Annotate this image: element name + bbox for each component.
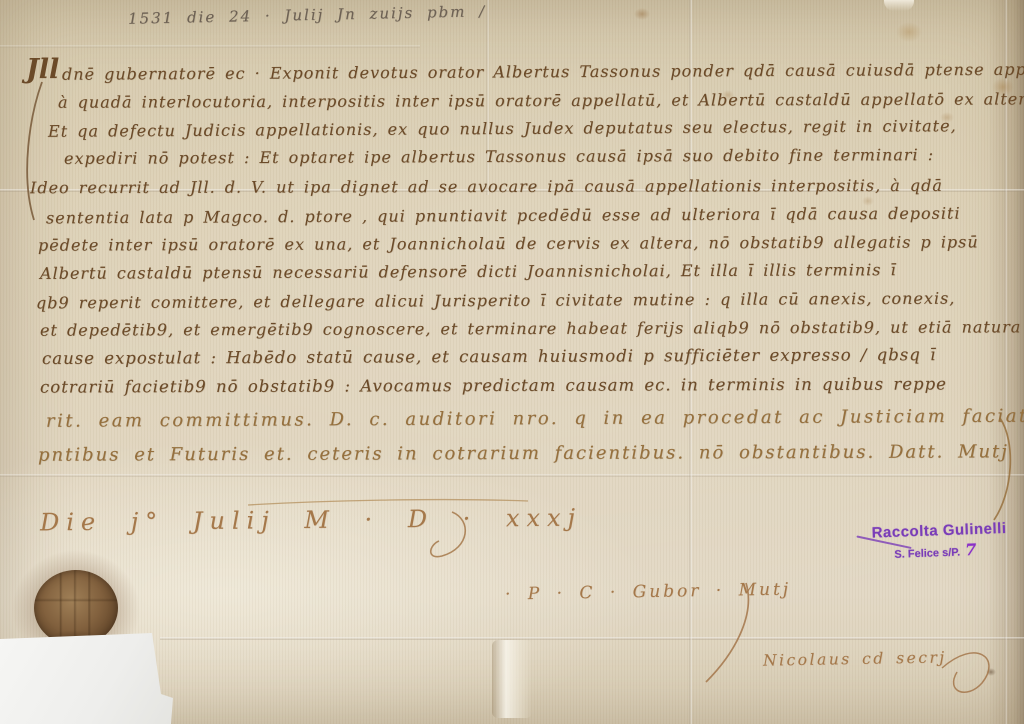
manuscript-line: Et qa defectu Judicis appellationis, ex … (48, 116, 957, 141)
initial-monogram: Jll (26, 54, 59, 85)
paper-tear (884, 0, 914, 11)
manuscript-line: qb9 reperit comittere, et dellegare alic… (36, 289, 955, 313)
flourish-stroke (942, 653, 989, 692)
fold-crease-horizontal (0, 474, 1024, 477)
paper-patch (0, 630, 178, 724)
manuscript-line: à quadā interlocutoria, interpositis int… (58, 89, 1024, 111)
fold-crease-vertical (1004, 0, 1007, 724)
manuscript-line: cause expostulat : Habēdo statū cause, e… (42, 345, 936, 368)
manuscript-line: pēdete inter ipsū oratorē ex una, et Joa… (38, 232, 979, 254)
fold-crease-horizontal (160, 637, 1024, 640)
stamp-number: 7 (965, 540, 977, 559)
foxing-spot (986, 668, 996, 676)
collection-stamp: Raccolta Gulinelli S. Felice s/P.7 (871, 519, 1022, 562)
manuscript-line: expediri nō potest : Et optaret ipe albe… (64, 145, 934, 168)
paper-tear (492, 640, 532, 718)
foxing-spot (634, 8, 650, 20)
manuscript-line: pntibus et Futuris et. ceteris in cotrar… (38, 441, 1009, 465)
manuscript-line: sententia lata p Magco. d. ptore , qui p… (46, 204, 961, 228)
flourish-stroke (994, 418, 1010, 520)
manuscript-page: 1531 die 24 · Julij Jn zuijs pbm / Jll d… (0, 0, 1024, 724)
manuscript-line: rit. eam committimus. D. c. auditori nro… (46, 405, 1024, 432)
notary-signature: Nicolaus cd secrj (763, 648, 947, 669)
manuscript-line: cotrariū facietib9 nō obstatib9 : Avocam… (40, 374, 947, 396)
dateline: Die j° Julij M · D · xxxj (40, 504, 582, 537)
stamp-place-label: S. Felice s/P. (894, 547, 960, 561)
manuscript-line: Ideo recurrit ad Jll. d. V. ut ipa digne… (30, 176, 943, 197)
stamp-line2: S. Felice s/P.7 (894, 538, 1023, 561)
manuscript-line: Albertū castaldū ptensū necessariū defen… (40, 260, 897, 283)
governor-note: · P · C · Gubor · Mutj (505, 580, 791, 605)
manuscript-line: et depedētib9, et emergētib9 cognoscere,… (40, 317, 1021, 339)
manuscript-line: dnē gubernatorē ec · Exponit devotus ora… (62, 59, 1024, 83)
fold-crease-horizontal (0, 45, 420, 48)
foxing-spot (896, 22, 922, 42)
header-date-line: 1531 die 24 · Julij Jn zuijs pbm / (128, 2, 487, 27)
flourish-stroke (27, 82, 42, 220)
